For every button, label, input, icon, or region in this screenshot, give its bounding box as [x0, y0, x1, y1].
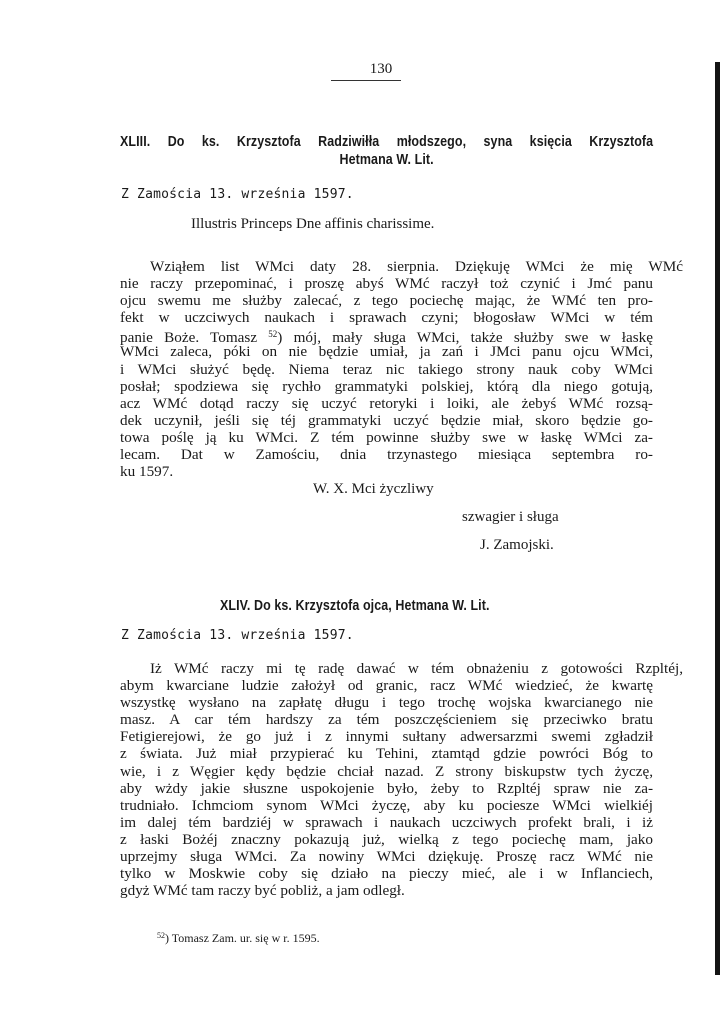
body-line: dek uczynił, jeśli się téj grammatyki uc… — [120, 412, 653, 429]
heading-line: XLIV. Do ks. Krzysztofa ojca, Hetmana W.… — [220, 597, 678, 615]
body-line: ku 1597. — [120, 463, 653, 480]
footnote: 52) Tomasz Zam. ur. się w r. 1595. — [157, 929, 320, 945]
body-line: nie raczy przepominać, i proszę abyś WMć… — [120, 275, 653, 292]
body-line: Fetigierejowi, że go już i z innymi sułt… — [120, 728, 653, 745]
page-number-rule — [331, 80, 401, 81]
body-line: abym kwarciane ludzie założył od granic,… — [120, 677, 653, 694]
heading-line: XLIII. Do ks. Krzysztofa Radziwiłła młod… — [120, 133, 653, 151]
body-line: panie Boże. Tomasz 52) mój, mały sługa W… — [120, 326, 653, 343]
letter-body-xliv: Iż WMć raczy mi tę radę dawać w tém obna… — [120, 660, 653, 899]
body-line: wszystkę wysłano na zapłatę długu i tego… — [120, 694, 653, 711]
body-line: Wziąłem list WMci daty 28. sierpnia. Dzi… — [120, 258, 683, 275]
body-line: uprzejmy sługa WMci. Za nowiny WMci dzię… — [120, 848, 653, 865]
body-line: fekt w uczciwych naukach i sprawach czyn… — [120, 309, 653, 326]
body-line: Iż WMć raczy mi tę radę dawać w tém obna… — [120, 660, 683, 677]
body-line: aby wżdy jakie słuszne uspokojenie było,… — [120, 780, 653, 797]
body-line: z łaski Bożéj znaczny pokazują już, wiel… — [120, 831, 653, 848]
letter-closing: W. X. Mci życzliwy — [313, 480, 434, 498]
footnote-text: ) Tomasz Zam. ur. się w r. 1595. — [165, 931, 320, 945]
body-line: masz. A car tém hardszy za tém poszczęśc… — [120, 711, 653, 728]
body-line: posłał; spodziewa się rychło grammatyki … — [120, 378, 653, 395]
body-line: WMci zaleca, póki on nie będzie umiał, j… — [120, 343, 653, 360]
body-line: z świata. Już miał przypierać ku Tehini,… — [120, 745, 653, 762]
body-line: im dalej tém bardziéj w sprawach i nauka… — [120, 814, 653, 831]
body-line: gdyż WMć tam raczy być pobliż, a jam odl… — [120, 882, 653, 899]
letter-heading-xliv: XLIV. Do ks. Krzysztofa ojca, Hetmana W.… — [220, 597, 678, 615]
letter-heading-xliii: XLIII. Do ks. Krzysztofa Radziwiłła młod… — [120, 133, 578, 169]
letter-body-xliii: Wziąłem list WMci daty 28. sierpnia. Dzi… — [120, 258, 653, 480]
letter-dateline: Z Zamościa 13. września 1597. — [121, 628, 354, 644]
letter-dateline: Z Zamościa 13. września 1597. — [121, 187, 354, 203]
letter-salutation: Illustris Princeps Dne affinis charissim… — [191, 215, 434, 233]
letter-signature: J. Zamojski. — [480, 536, 554, 554]
body-line: wie, i z Węgier kędy będzie chciał nazad… — [120, 763, 653, 780]
body-line: ojcu swemu me służby zalecać, z tego poc… — [120, 292, 653, 309]
body-line: trudniało. Ichmciom synom WMci życzę, ab… — [120, 797, 653, 814]
body-line: tylko w Moskwie coby się działo na piecz… — [120, 865, 653, 882]
scan-edge-border — [715, 62, 720, 975]
footnote-marker: 52 — [157, 931, 165, 940]
letter-closing-title: szwagier i sługa — [462, 508, 559, 526]
body-line: i WMci służyć będę. Niema teraz nic taki… — [120, 361, 653, 378]
page-number: 130 — [340, 60, 422, 78]
body-line: towa poślę ją ku WMci. Z tém powinne słu… — [120, 429, 653, 446]
heading-line: Hetmana W. Lit. — [120, 151, 653, 169]
body-line: acz WMć dotąd raczy się uczyć retoryki i… — [120, 395, 653, 412]
body-line: lecam. Dat w Zamościu, dnia trzynastego … — [120, 446, 653, 463]
